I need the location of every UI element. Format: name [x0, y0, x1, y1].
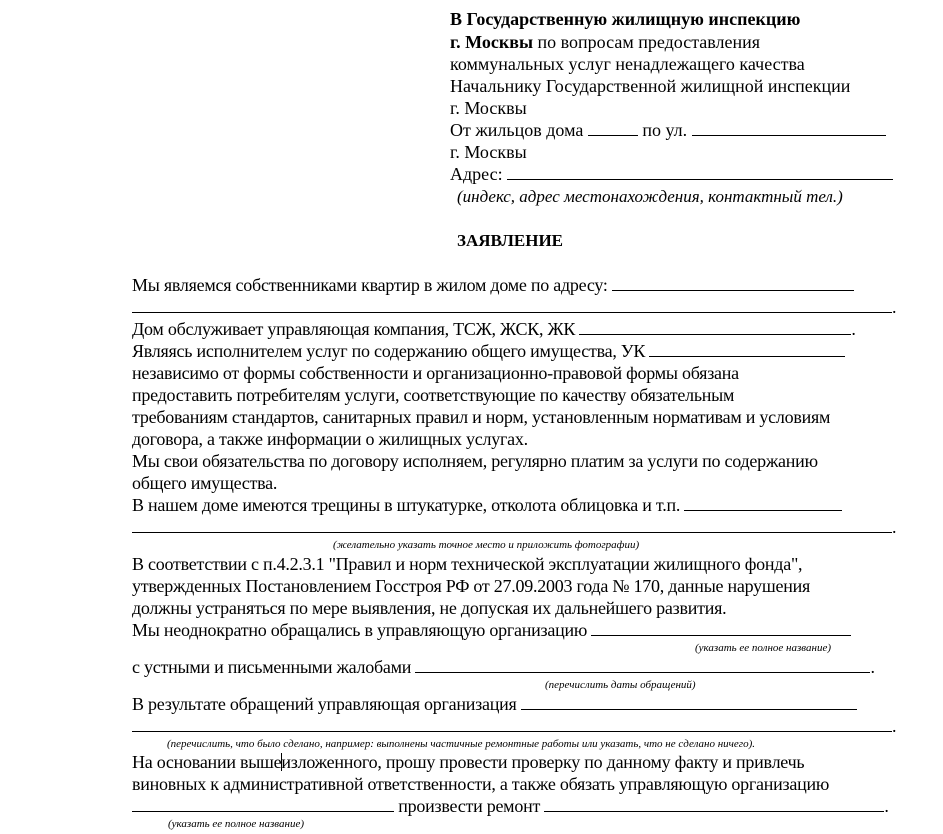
street-label: по ул.	[638, 120, 692, 140]
appeals-text: Мы неоднократно обращались в управляющую…	[132, 620, 591, 640]
body-line-management: Дом обслуживает управляющая компания, ТС…	[132, 318, 856, 340]
body-line-request: На основании вышеизложенного, прошу пров…	[132, 751, 804, 773]
body-line-9: общего имущества.	[132, 472, 277, 494]
request-text-b: изложенного, прошу провести проверку по …	[281, 752, 804, 772]
body-line-defects-cont: .	[132, 516, 896, 538]
result-blank[interactable]	[521, 693, 857, 710]
note-org-name: (указать ее полное название)	[695, 642, 831, 655]
period: .	[870, 657, 874, 677]
note-dates: (перечислить даты обращений)	[545, 679, 696, 692]
repair-text: произвести ремонт	[394, 796, 544, 816]
body-line-5: предоставить потребителям услуги, соотве…	[132, 384, 734, 406]
body-line-complaints: с устными и письменными жалобами .	[132, 656, 875, 678]
body-line-defects: В нашем доме имеются трещины в штукатурк…	[132, 494, 842, 516]
repair-blank[interactable]	[544, 795, 884, 812]
executor-text: Являясь исполнителем услуг по содержанию…	[132, 341, 649, 361]
address-line: Адрес:	[450, 163, 893, 185]
sender-city: г. Москвы	[450, 141, 527, 163]
body-line-8: Мы свои обязательства по договору исполн…	[132, 450, 818, 472]
period: .	[892, 297, 896, 317]
addressee-line-1: В Государственную жилищную инспекцию	[450, 8, 800, 30]
period: .	[884, 796, 888, 816]
period: .	[892, 517, 896, 537]
period: .	[892, 716, 896, 736]
body-line-18: виновных к административной ответственно…	[132, 773, 829, 795]
document-title: ЗАЯВЛЕНИЕ	[457, 230, 563, 252]
org-name-blank-2[interactable]	[132, 795, 394, 812]
body-line-owners: Мы являемся собственниками квартир в жил…	[132, 274, 854, 296]
note-org-name-2: (указать ее полное название)	[168, 818, 304, 831]
body-line-11: В соответствии с п.4.2.3.1 "Правил и нор…	[132, 553, 802, 575]
body-line-result-cont: .	[132, 715, 896, 737]
management-company-blank[interactable]	[579, 318, 851, 335]
building-address-blank[interactable]	[612, 274, 854, 291]
result-blank-2[interactable]	[132, 715, 892, 732]
body-line-appeals: Мы неоднократно обращались в управляющую…	[132, 619, 851, 641]
note-photo: (желательно указать точное место и прило…	[333, 539, 639, 552]
addressee-city-bold: г. Москвы	[450, 32, 533, 52]
complaints-text: с устными и письменными жалобами	[132, 657, 415, 677]
addressee-line-4: Начальнику Государственной жилищной инсп…	[450, 75, 850, 97]
addressee-line-2: г. Москвы по вопросам предоставления	[450, 31, 760, 53]
body-line-4: независимо от формы собственности и орга…	[132, 362, 739, 384]
body-line-13: должны устраняться по мере выявления, не…	[132, 597, 726, 619]
body-line-executor: Являясь исполнителем услуг по содержанию…	[132, 340, 845, 362]
result-text: В результате обращений управляющая орган…	[132, 694, 521, 714]
address-blank[interactable]	[507, 163, 893, 180]
body-line-address-cont: .	[132, 296, 896, 318]
addressee-topic: по вопросам предоставления	[533, 32, 760, 52]
body-line-repair: произвести ремонт .	[132, 795, 889, 817]
address-note: (индекс, адрес местонахождения, контактн…	[457, 186, 843, 208]
period: .	[851, 319, 855, 339]
body-line-result: В результате обращений управляющая орган…	[132, 693, 857, 715]
body-line-7: договора, а также информации о жилищных …	[132, 428, 528, 450]
org-name-blank[interactable]	[591, 619, 851, 636]
uk-name-blank[interactable]	[649, 340, 845, 357]
address-label: Адрес:	[450, 164, 507, 184]
addressee-line-3: коммунальных услуг ненадлежащего качеств…	[450, 53, 805, 75]
body-line-6: требованиям стандартов, санитарных прави…	[132, 406, 830, 428]
street-blank[interactable]	[692, 119, 886, 136]
house-number-blank[interactable]	[588, 119, 638, 136]
body-line-12: утвержденных Постановлением Госстроя РФ …	[132, 575, 810, 597]
complaint-dates-blank[interactable]	[415, 656, 870, 673]
addressee-line-5: г. Москвы	[450, 97, 527, 119]
sender-line: От жильцов дома по ул.	[450, 119, 886, 141]
building-address-blank-2[interactable]	[132, 296, 892, 313]
note-done: (перечислить, что было сделано, например…	[167, 738, 755, 751]
sender-label: От жильцов дома	[450, 120, 588, 140]
defects-blank[interactable]	[684, 494, 842, 511]
defects-text: В нашем доме имеются трещины в штукатурк…	[132, 495, 684, 515]
defects-blank-2[interactable]	[132, 516, 892, 533]
request-text-a: На основании выше	[132, 752, 281, 772]
management-text: Дом обслуживает управляющая компания, ТС…	[132, 319, 579, 339]
owners-text: Мы являемся собственниками квартир в жил…	[132, 275, 612, 295]
